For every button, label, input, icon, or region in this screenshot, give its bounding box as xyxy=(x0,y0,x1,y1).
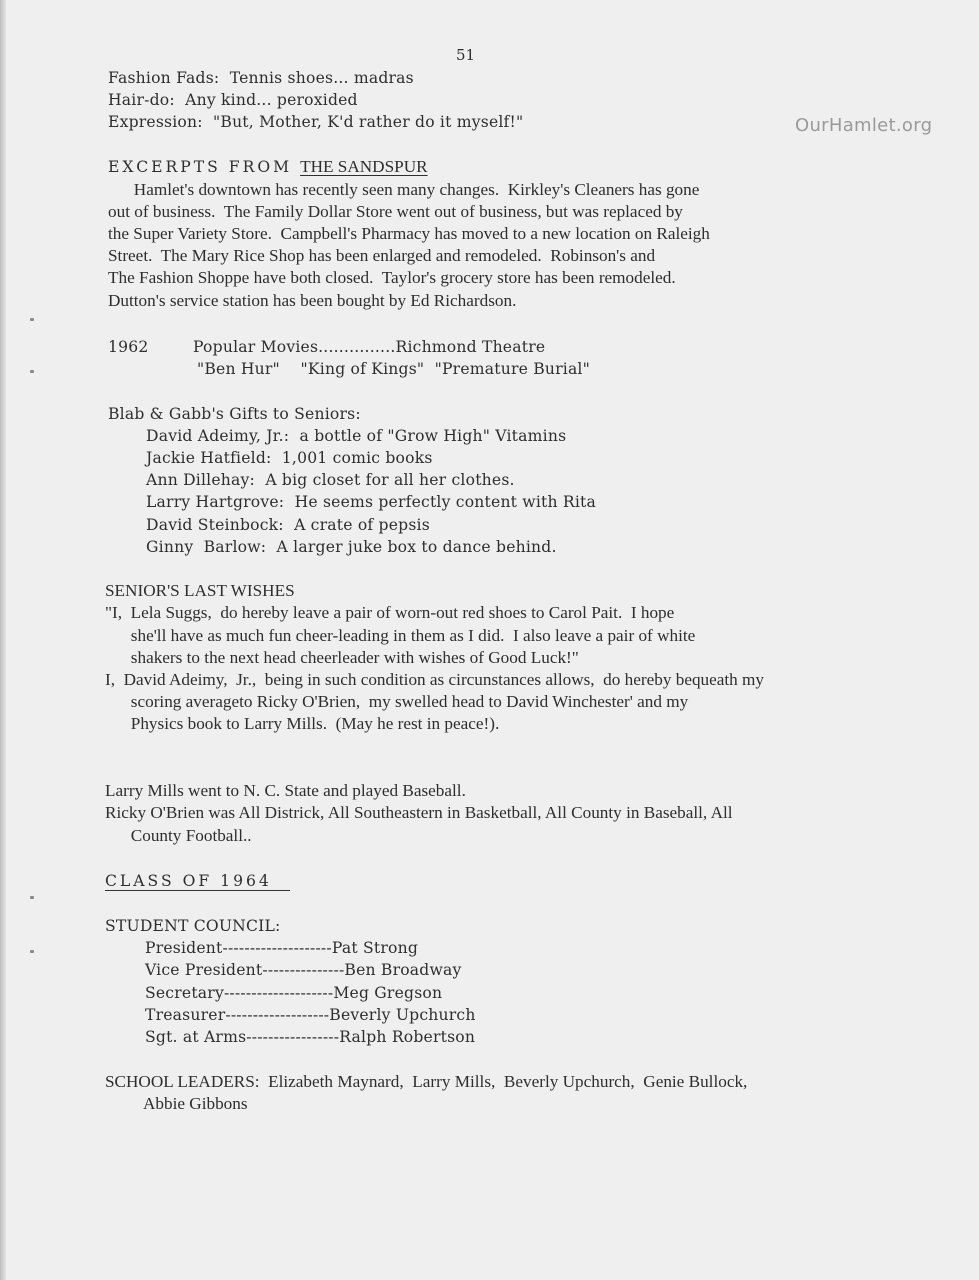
wish-line: Physics book to Larry Mills. (May he res… xyxy=(105,714,499,734)
council-row: President--------------------Pat Strong xyxy=(145,938,418,958)
class-1964-heading: CLASS OF 1964 xyxy=(105,871,290,891)
excerpts-heading-prefix: EXCERPTS FROM xyxy=(108,158,300,176)
wish-line: "I, Lela Suggs, do hereby leave a pair o… xyxy=(105,603,674,623)
excerpt-line: out of business. The Family Dollar Store… xyxy=(108,202,683,222)
council-row: Vice President---------------Ben Broadwa… xyxy=(145,960,462,980)
gift-item: David Adeimy, Jr.: a bottle of "Grow Hig… xyxy=(146,426,566,446)
movies-line: Popular Movies...............Richmond Th… xyxy=(193,337,545,357)
page-edge xyxy=(0,0,6,1280)
excerpt-line: The Fashion Shoppe have both closed. Tay… xyxy=(108,268,676,288)
school-leaders-line: Abbie Gibbons xyxy=(143,1094,248,1114)
intro-line: Hair-do: Any kind... peroxided xyxy=(108,90,358,110)
binder-hole-mark xyxy=(30,950,34,953)
student-council-heading: STUDENT COUNCIL: xyxy=(105,916,281,936)
wish-line: she'll have as much fun cheer-leading in… xyxy=(105,626,695,646)
excerpt-line: the Super Variety Store. Campbell's Phar… xyxy=(108,224,710,244)
council-name: Ben Broadway xyxy=(344,961,461,979)
excerpt-line: Hamlet's downtown has recently seen many… xyxy=(108,180,699,200)
council-row: Secretary--------------------Meg Gregson xyxy=(145,983,442,1003)
wish-line: scoring averageto Ricky O'Brien, my swel… xyxy=(105,692,688,712)
council-row: Sgt. at Arms-----------------Ralph Rober… xyxy=(145,1027,475,1047)
council-name: Beverly Upchurch xyxy=(329,1006,475,1024)
gift-item: Ginny Barlow: A larger juke box to dance… xyxy=(146,537,557,557)
page-number: 51 xyxy=(456,46,475,64)
wish-line: shakers to the next head cheerleader wit… xyxy=(105,648,579,668)
last-wishes-heading: SENIOR'S LAST WISHES xyxy=(105,581,295,601)
sports-line: County Football.. xyxy=(105,826,252,846)
class-1964-heading-text: CLASS OF 1964 xyxy=(105,872,290,891)
council-role: Secretary-------------------- xyxy=(145,984,333,1002)
gifts-heading: Blab & Gabb's Gifts to Seniors: xyxy=(108,404,361,424)
movies-year: 1962 xyxy=(108,337,149,357)
sports-line: Larry Mills went to N. C. State and play… xyxy=(105,781,466,801)
excerpt-line: Dutton's service station has been bought… xyxy=(108,291,516,311)
watermark: OurHamlet.org xyxy=(795,115,932,136)
council-role: Sgt. at Arms----------------- xyxy=(145,1028,339,1046)
binder-hole-mark xyxy=(30,896,34,899)
wish-line: I, David Adeimy, Jr., being in such cond… xyxy=(105,670,764,690)
movies-titles: "Ben Hur" "King of Kings" "Premature Bur… xyxy=(197,359,590,379)
council-role: Vice President--------------- xyxy=(145,961,344,979)
council-row: Treasurer-------------------Beverly Upch… xyxy=(145,1005,476,1025)
council-name: Pat Strong xyxy=(332,939,418,957)
gift-item: David Steinbock: A crate of pepsis xyxy=(146,515,430,535)
excerpts-heading: EXCERPTS FROM THE SANDSPUR xyxy=(108,157,428,177)
council-role: President-------------------- xyxy=(145,939,332,957)
intro-line: Expression: "But, Mother, K'd rather do … xyxy=(108,112,523,132)
excerpt-line: Street. The Mary Rice Shop has been enla… xyxy=(108,246,655,266)
council-role: Treasurer------------------- xyxy=(145,1006,329,1024)
binder-hole-mark xyxy=(30,318,34,321)
sandspur-title: THE SANDSPUR xyxy=(300,157,428,176)
school-leaders-line: SCHOOL LEADERS: Elizabeth Maynard, Larry… xyxy=(105,1072,747,1092)
council-name: Meg Gregson xyxy=(333,984,442,1002)
sports-line: Ricky O'Brien was All Districk, All Sout… xyxy=(105,803,733,823)
gift-item: Larry Hartgrove: He seems perfectly cont… xyxy=(146,492,596,512)
gift-item: Ann Dillehay: A big closet for all her c… xyxy=(146,470,515,490)
intro-line: Fashion Fads: Tennis shoes... madras xyxy=(108,68,414,88)
binder-hole-mark xyxy=(30,370,34,373)
council-name: Ralph Robertson xyxy=(339,1028,475,1046)
gift-item: Jackie Hatfield: 1,001 comic books xyxy=(146,448,433,468)
